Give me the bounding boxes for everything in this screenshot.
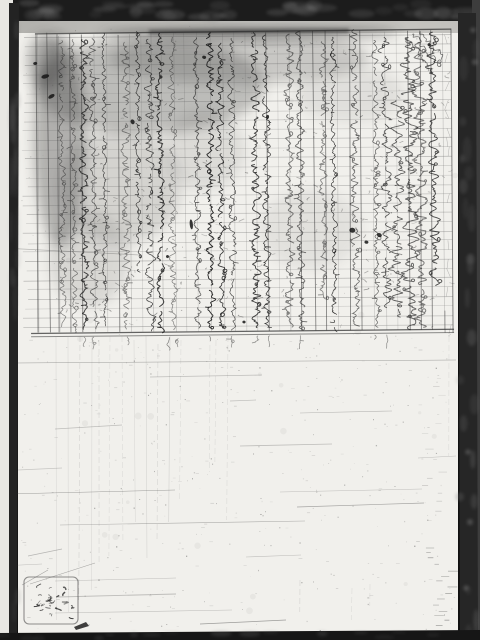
scanned-document-page [0,0,480,640]
film-border-left [0,0,21,640]
film-border-right [455,0,480,640]
document-scan-canvas [0,0,480,640]
film-border-top [0,0,480,22]
